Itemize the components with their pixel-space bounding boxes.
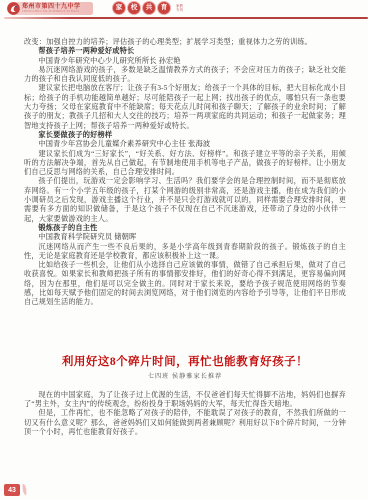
body-paragraph: 沉迷网络从而产生一些不良后果的，多是小学高年级到青春期阶段的孩子。锻炼孩子的自主… <box>24 243 346 262</box>
leaf-ornament-icon <box>21 484 27 496</box>
body-paragraph: 但是，工作再忙，也不能忽略了对孩子的陪伴，不能耽误了对孩子的教育，不然我们所做的… <box>24 409 346 437</box>
masthead-badge-char: 共 <box>143 2 155 14</box>
school-ribbon: 郑州市第四十九中学 ZHENGZHOU NO.49 MIDDLE SCHOOL <box>7 2 93 15</box>
page-content: 改变：加强自控力的培养；评估孩子的心理类型；扩展学习类型；重视体力之劳的训练。帮… <box>24 38 346 437</box>
masthead-caption: 家教专刊 <box>176 4 185 12</box>
feature-body: 现在的中国家庭，为了让孩子过上优渥的生活，不仅爸爸们每天忙得脚不沾地，妈妈们也摒… <box>24 391 346 437</box>
page-number-badge: 43 <box>4 484 20 496</box>
body-paragraph: 改变：加强自控力的培养；评估孩子的心理类型；扩展学习类型；重视体力之劳的训练。 <box>24 38 346 47</box>
feature-title: 利用好这8个碎片时间，再忙也能教育好孩子！ <box>24 355 346 369</box>
body-paragraph: 孩子们提出，玩游戏一定会影响学习、生活吗？我们要学会的是合理控制时间，而不是彻底… <box>24 177 346 223</box>
masthead-badge-char: 育 <box>158 2 170 14</box>
masthead-badges: 家 校 共 育 家教专刊 <box>113 2 185 14</box>
article-continued: 改变：加强自控力的培养；评估孩子的心理类型；扩展学习类型；重视体力之劳的训练。帮… <box>24 38 346 308</box>
school-name-pinyin: ZHENGZHOU NO.49 MIDDLE SCHOOL <box>22 10 80 13</box>
author-line: 中国教育科学院研究员 储朝晖 <box>24 233 346 242</box>
feature-article: 利用好这8个碎片时间，再忙也能教育好孩子！ 七四班 侯静雅家长推荐 现在的中国家… <box>24 355 346 437</box>
masthead-badge-char: 校 <box>128 2 140 14</box>
section-subheading: 家长要做孩子的好榜样 <box>24 131 346 140</box>
page-header: 郑州市第四十九中学 ZHENGZHOU NO.49 MIDDLE SCHOOL … <box>0 0 368 20</box>
body-paragraph: 比如给孩子一些机会，让他们从小选择自己应该做的事情，做错了自己承担后果，做对了自… <box>24 261 346 307</box>
masthead-badge-char: 家 <box>113 2 125 14</box>
body-paragraph: 建议家长们成为“三好家长”，“好关系、好方法、好榜样”。和孩子建立平等的亲子关系… <box>24 150 346 178</box>
header-divider <box>4 17 368 19</box>
newsletter-page: 郑州市第四十九中学 ZHENGZHOU NO.49 MIDDLE SCHOOL … <box>0 0 368 500</box>
body-paragraph: 现在的中国家庭，为了让孩子过上优渥的生活，不仅爸爸们每天忙得脚不沾地，妈妈们也摒… <box>24 391 346 410</box>
feature-byline: 七四班 侯静雅家长推荐 <box>24 373 346 381</box>
school-emblem-icon <box>7 2 20 15</box>
author-line: 中国青少年研究中心少儿研究所所长 孙宏艳 <box>24 57 346 66</box>
author-line: 中国青少年宫协会儿童媒介素养研究中心主任 张海波 <box>24 140 346 149</box>
section-subheading: 锻炼孩子的自主性 <box>24 224 346 233</box>
section-subheading: 帮孩子培养一两种爱好或特长 <box>24 47 346 56</box>
body-paragraph: 建议家长把电脑放在客厅；让孩子有3-5个好朋友；给孩子一个具体的目标，把大目标化… <box>24 84 346 130</box>
body-paragraph: 易沉迷网络游戏的孩子，多数是缺乏温情教养方式的孩子；不会应对压力的孩子；缺乏社交… <box>24 66 346 85</box>
